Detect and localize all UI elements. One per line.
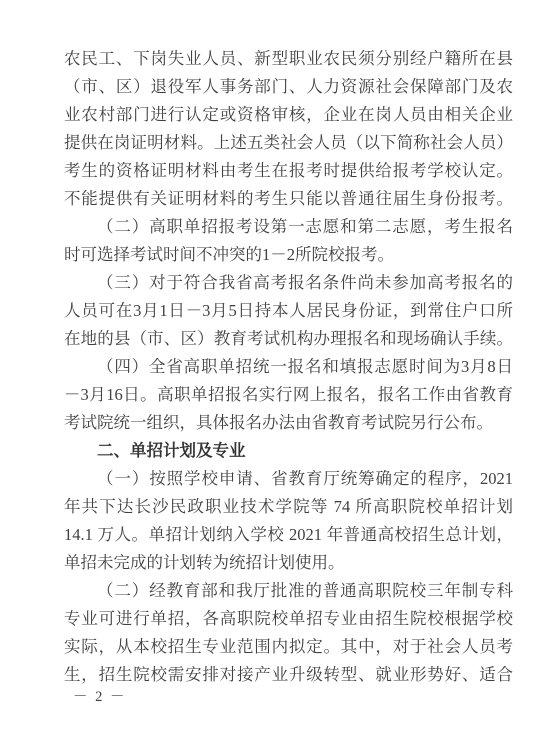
- text-line: 农民工、下岗失业人员、新型职业农民须分别经户籍所在县: [64, 45, 513, 73]
- text-line: 业农村部门进行认定或资格审核，企业在岗人员由相关企业: [64, 101, 513, 129]
- section-heading: 二、单招计划及专业: [64, 437, 513, 465]
- text-line: 不能提供有关证明材料的考生只能以普通往届生身份报考。: [64, 185, 513, 213]
- page-number: － 2 －: [73, 686, 127, 708]
- text-line: 单招未完成的计划转为统招计划使用。: [64, 549, 513, 577]
- text-line: 人员可在3月1日－3月5日持本人居民身份证，到常住户口所: [64, 297, 513, 325]
- text-line: 在地的县（市、区）教育考试机构办理报名和现场确认手续。: [64, 325, 513, 353]
- text-line: 生，招生院校需安排对接产业升级转型、就业形势好、适合: [64, 661, 513, 689]
- document-page: 农民工、下岗失业人员、新型职业农民须分别经户籍所在县 （市、区）退役军人事务部门…: [0, 0, 553, 748]
- text-line: 考试院统一组织，具体报名办法由省教育考试院另行公布。: [64, 409, 513, 437]
- document-text-block: 农民工、下岗失业人员、新型职业农民须分别经户籍所在县 （市、区）退役军人事务部门…: [64, 45, 513, 689]
- text-line: －3月16日。高职单招报名实行网上报名，报名工作由省教育: [64, 381, 513, 409]
- text-line: （二）高职单招报考设第一志愿和第二志愿，考生报名: [64, 213, 513, 241]
- text-line: （一）按照学校申请、省教育厅统筹确定的程序，2021: [64, 465, 513, 493]
- text-line: （市、区）退役军人事务部门、人力资源社会保障部门及农: [64, 73, 513, 101]
- text-line: 14.1 万人。单招计划纳入学校 2021 年普通高校招生总计划，: [64, 521, 513, 549]
- text-line: 提供在岗证明材料。上述五类社会人员（以下简称社会人员）: [64, 129, 513, 157]
- text-line: 专业可进行单招，各高职院校单招专业由招生院校根据学校: [64, 605, 513, 633]
- text-line: 实际，从本校招生专业范围内拟定。其中，对于社会人员考: [64, 633, 513, 661]
- text-line: 考生的资格证明材料由考生在报考时提供给报考学校认定。: [64, 157, 513, 185]
- text-line: （二）经教育部和我厅批准的普通高职院校三年制专科: [64, 577, 513, 605]
- text-line: 年共下达长沙民政职业技术学院等 74 所高职院校单招计划: [64, 493, 513, 521]
- text-line: （四）全省高职单招统一报名和填报志愿时间为3月8日: [64, 353, 513, 381]
- text-line: （三）对于符合我省高考报名条件尚未参加高考报名的: [64, 269, 513, 297]
- text-line: 时可选择考试时间不冲突的1－2所院校报考。: [64, 241, 513, 269]
